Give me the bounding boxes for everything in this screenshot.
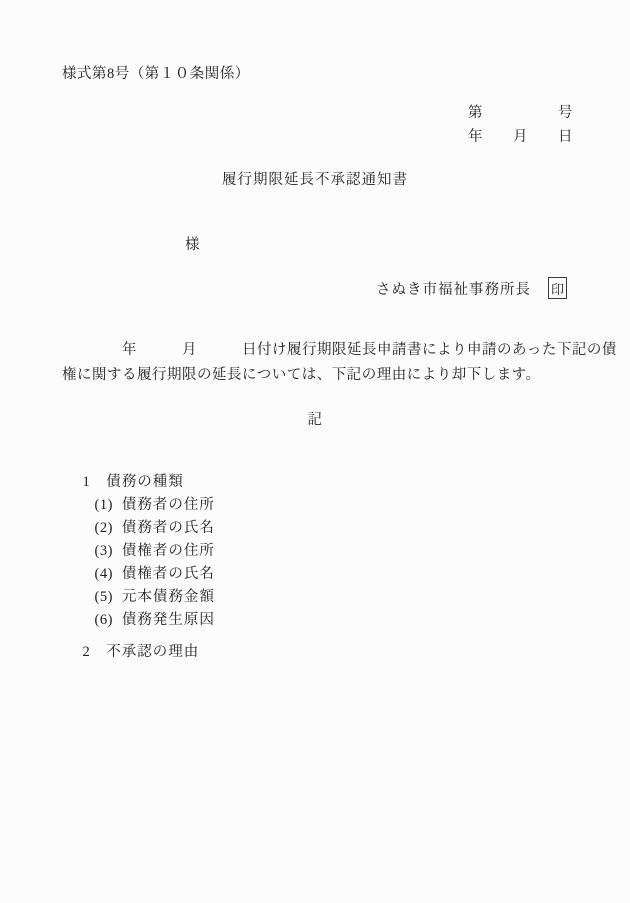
body-line-2: 権に関する履行期限の延長については、下記の理由により却下します。 <box>62 365 541 385</box>
document-number-line: 第 号 <box>468 103 573 123</box>
seal-label: 印 <box>551 279 564 298</box>
form-number: 様式第8号（第１０条関係） <box>62 64 250 84</box>
document-title: 履行期限延長不承認通知書 <box>0 170 630 190</box>
date-line: 年 月 日 <box>468 127 573 147</box>
note-heading: 記 <box>0 410 630 430</box>
list-item-2: 2不承認の理由 <box>66 622 199 682</box>
list-item-label: 不承認の理由 <box>106 644 199 660</box>
body-line-1: 年 月 日付け履行期限延長申請書により申請のあった下記の債 <box>62 340 617 360</box>
sender-name: さぬき市福祉事務所長 <box>376 280 531 300</box>
addressee-honorific: 様 <box>185 235 200 255</box>
seal-box: 印 <box>548 277 567 299</box>
document-page: 様式第8号（第１０条関係） 第 号 年 月 日 履行期限延長不承認通知書 様 さ… <box>0 0 630 903</box>
list-item-number: 2 <box>83 642 91 662</box>
